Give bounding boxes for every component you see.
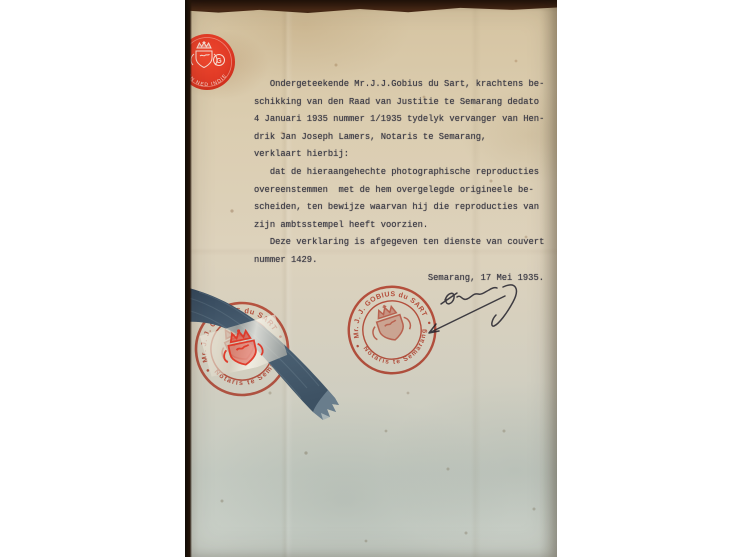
typed-line: Ondergeteekende Mr.J.J.Gobius du Sart, k…	[254, 76, 544, 94]
typed-line: 4 Januari 1935 nummer 1/1935 tydelyk ver…	[254, 111, 544, 129]
typed-line: Deze verklaring is afgegeven ten dienste…	[254, 234, 544, 252]
typed-line: overeenstemmen met de hem overgelegde or…	[254, 182, 544, 200]
typed-line: scheiden, ten bewijze waarvan hij die re…	[254, 199, 544, 217]
coat-of-arms-icon	[219, 325, 265, 368]
seal-monogram: G	[216, 58, 222, 65]
typed-line: schikking van den Raad van Justitie te S…	[254, 94, 544, 112]
typed-text: Ondergeteekende Mr.J.J.Gobius du Sart, k…	[254, 76, 544, 287]
typed-line: nummer 1429.	[254, 252, 544, 270]
typed-line: zijn ambtsstempel heeft voorzien.	[254, 217, 544, 235]
coat-of-arms-icon	[366, 299, 414, 346]
page: G AN NED INDIE Ondergeteekende Mr.J.J.Go…	[0, 0, 740, 557]
signature	[423, 280, 538, 350]
typed-line: drik Jan Joseph Lamers, Notaris te Semar…	[254, 129, 544, 147]
revenue-seal: G AN NED INDIE	[185, 32, 237, 92]
typed-line: verklaart hierbij:	[254, 146, 544, 164]
photo-left-edge	[185, 0, 192, 557]
signature-stroke	[429, 285, 516, 333]
document-photo: G AN NED INDIE Ondergeteekende Mr.J.J.Go…	[185, 0, 557, 557]
typed-line: dat de hieraangehechte photographische r…	[254, 164, 544, 182]
